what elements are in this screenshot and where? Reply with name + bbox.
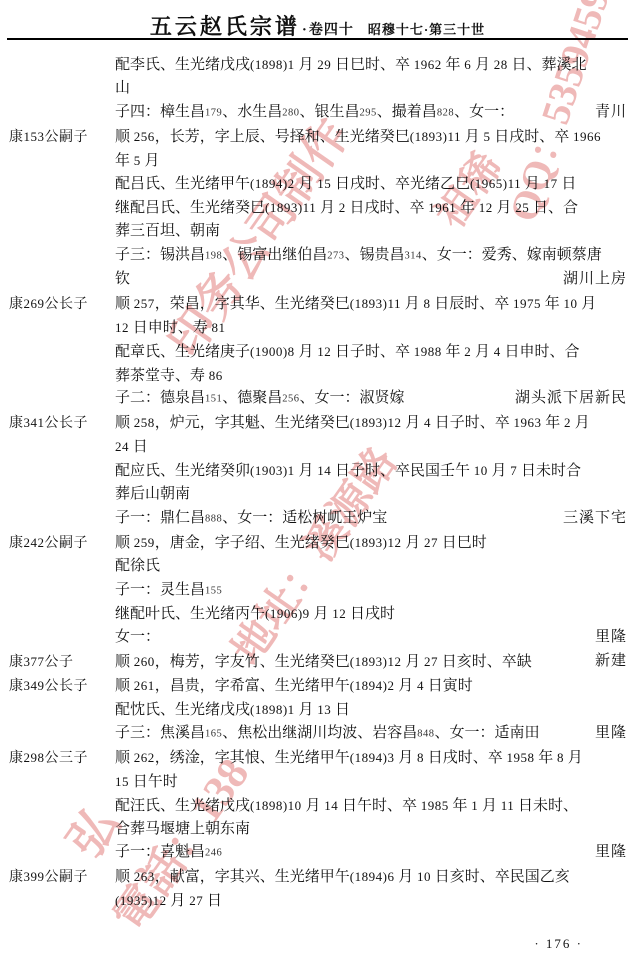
numeral: (1894)2 (350, 678, 395, 693)
entry-line: 康242公嗣子顺 259，唐金，字子绍、生光绪癸巳(1893)12 月 27 日… (0, 531, 635, 555)
entry-text: 继配叶氏、生光绪丙午(1906)9 月 12 日戌时 (115, 606, 395, 622)
entry-line: 康349公长子顺 261，昌贵，字希富、生光绪甲午(1894)2 月 4 日寅时 (0, 674, 635, 698)
numeral: 1961 (428, 200, 456, 215)
numeral: 15 (317, 176, 331, 191)
descendant-number: 273 (327, 251, 344, 262)
numeral: 1975 (513, 296, 541, 311)
entry-line: 子一：灵生昌155 (0, 579, 635, 603)
entry-text: 子一：喜魁昌246 (115, 844, 222, 860)
descendant-number: 179 (205, 107, 222, 118)
descendant-number: 314 (405, 251, 422, 262)
entry-line: 合葬马堰塘上朝东南 (0, 818, 635, 842)
numeral: 27 (189, 893, 203, 908)
entry-text: 葬后山朝南 (115, 486, 190, 502)
numeral: 12 (115, 320, 129, 335)
numeral: 341 (24, 415, 45, 430)
numeral: 14 (324, 798, 338, 813)
entry-text: 子三：锡洪昌198、锡富出继伯昌273、锡贵昌314、女一：爱秀、嫁南顿蔡唐 (115, 247, 602, 263)
descendant-number: 828 (437, 107, 454, 118)
entry-line: 配吕氏、生光绪甲午(1894)2 月 15 日戌时、卒光绪乙巳(1965)11 … (0, 172, 635, 196)
numeral: (1894)3 (350, 750, 395, 765)
entry-line: (1935)12 月 27 日 (0, 889, 635, 913)
entry-text: (1935)12 月 27 日 (115, 893, 222, 909)
numeral: (1893)11 (265, 200, 316, 215)
entry-label: 康399公嗣子 (9, 865, 88, 890)
numeral: 259 (134, 535, 155, 550)
genealogy-entries: 配李氏、生光绪戊戌(1898)1 月 29 日巳时、卒 1962 年 6 月 2… (0, 53, 635, 913)
numeral: 261 (134, 678, 155, 693)
place-annotation: 三溪下宅 (563, 507, 627, 531)
numeral: (1893)11 (350, 296, 401, 311)
descendant-number: 888 (205, 513, 222, 524)
entry-line: 子四：樟生昌179、水生昌280、银生昌295、撮着昌828、女一：青川 (0, 101, 635, 125)
entry-text: 钦 (115, 271, 130, 287)
numeral: 153 (24, 129, 45, 144)
place-annotation: 里隆 (595, 841, 627, 865)
numeral: (1893)12 (350, 654, 402, 669)
entry-line: 康153公嗣子顺 256，长芳，字上辰、号择和、生光绪癸巳(1893)11 月 … (0, 125, 635, 149)
entry-text: 配李氏、生光绪戊戌(1898)1 月 29 日巳时、卒 1962 年 6 月 2… (115, 57, 587, 73)
entry-text: 女一： (115, 629, 160, 645)
entry-text: 子一：灵生昌155 (115, 582, 222, 598)
entry-text: 年 5 月 (115, 153, 160, 169)
numeral: 29 (317, 57, 331, 72)
entry-label: 康377公子 (9, 650, 74, 675)
page-header: 五云赵氏宗谱·卷四十昭穆十七·第三十世 (0, 10, 635, 41)
numeral: (1894)2 (250, 176, 295, 191)
numeral: 269 (24, 296, 45, 311)
numeral: (1906)9 (265, 606, 310, 621)
numeral: 7 (510, 463, 517, 478)
numeral: 1988 (414, 344, 442, 359)
numeral: 258 (134, 415, 155, 430)
entry-label: 康341公长子 (9, 411, 88, 436)
entry-line: 康341公长子顺 258，炉元，字其魁、生光绪癸巳(1893)12 月 4 日子… (0, 411, 635, 435)
numeral: (1900)8 (250, 344, 295, 359)
entry-label: 康269公长子 (9, 292, 88, 317)
header-rule (7, 38, 628, 40)
section-label: 昭穆十七·第三十世 (368, 22, 485, 37)
numeral: 263 (134, 869, 155, 884)
descendant-number: 246 (205, 848, 222, 859)
numeral: 24 (115, 439, 129, 454)
entry-line: 继配叶氏、生光绪丙午(1906)9 月 12 日戌时 (0, 602, 635, 626)
numeral: (1903)1 (250, 463, 295, 478)
entry-line: 配徐氏 (0, 555, 635, 579)
entry-line: 子三：焦溪昌165、焦松出继湖川均波、岩容昌848、女一：适南田里隆 (0, 722, 635, 746)
numeral: 256 (134, 129, 155, 144)
numeral: 10 (564, 296, 578, 311)
descendant-number: 848 (417, 728, 434, 739)
numeral: 5 (134, 153, 141, 168)
numeral: 15 (115, 774, 129, 789)
numeral: 1966 (573, 129, 601, 144)
entry-line: 配汪氏、生光绪戊戌(1898)10 月 14 日午时、卒 1985 年 1 月 … (0, 794, 635, 818)
entry-line: 钦湖川上房 (0, 268, 635, 292)
numeral: 6 (464, 57, 471, 72)
entry-text: 子一：鼎仁昌888、女一：适松树屼王炉宝 (115, 510, 387, 526)
numeral: 262 (134, 750, 155, 765)
numeral: 399 (24, 869, 45, 884)
numeral: 1 (471, 798, 478, 813)
numeral: 4 (494, 344, 501, 359)
entry-text: 葬三百坦、朝南 (115, 223, 220, 239)
entry-text: 配徐氏 (115, 558, 160, 574)
numeral: (1894)6 (350, 869, 395, 884)
numeral: 14 (317, 463, 331, 478)
numeral: 5 (483, 129, 490, 144)
place-annotation: 湖头派下居新民 (515, 387, 627, 411)
entry-line: 葬三百坦、朝南 (0, 220, 635, 244)
page-title: 五云赵氏宗谱 (150, 14, 300, 39)
entry-line: 24 日 (0, 435, 635, 459)
entry-text: 顺 256，长芳，字上辰、号择和、生光绪癸巳(1893)11 月 5 日戌时、卒… (115, 129, 601, 145)
descendant-number: 280 (282, 107, 299, 118)
page-number: · 176 · (534, 936, 583, 952)
entry-text: 顺 263，献富，字其兴、生光绪甲午(1894)6 月 10 日亥时、卒民国乙亥 (115, 869, 570, 885)
entry-label: 康153公嗣子 (9, 125, 88, 150)
place-annotation: 青川 (595, 101, 627, 125)
entry-line: 子三：锡洪昌198、锡富出继伯昌273、锡贵昌314、女一：爱秀、嫁南顿蔡唐 (0, 244, 635, 268)
numeral: (1893)12 (350, 415, 402, 430)
entry-text: 顺 262，绣淦，字其悢、生光绪甲午(1894)3 月 8 日戌时、卒 1958… (115, 750, 583, 766)
entry-line: 康377公子顺 260，梅芳，字友竹、生光绪癸巳(1893)12 月 27 日亥… (0, 650, 635, 674)
entry-line: 配章氏、生光绪庚子(1900)8 月 12 日子时、卒 1988 年 2 月 4… (0, 340, 635, 364)
place-annotation: 新建 (595, 650, 627, 674)
numeral: 242 (24, 535, 45, 550)
numeral: (1893)11 (410, 129, 461, 144)
numeral: (1965)11 (470, 176, 521, 191)
numeral: 4 (417, 678, 424, 693)
entry-line: 山 (0, 77, 635, 101)
entry-line: 康269公长子顺 257，荣昌，字其华、生光绪癸巳(1893)11 月 8 日辰… (0, 292, 635, 316)
numeral: (1893)12 (350, 535, 402, 550)
entry-line: 子一：鼎仁昌888、女一：适松树屼王炉宝三溪下宅 (0, 507, 635, 531)
entry-text: 子四：樟生昌179、水生昌280、银生昌295、撮着昌828、女一： (115, 104, 514, 120)
numeral: 2 (564, 415, 571, 430)
entry-text: 顺 260，梅芳，字友竹、生光绪癸巳(1893)12 月 27 日亥时、卒缺 (115, 654, 532, 670)
numeral: 8 (557, 750, 564, 765)
numeral: 8 (417, 750, 424, 765)
numeral: (1898)1 (250, 57, 295, 72)
numeral: (1935)12 (115, 893, 167, 908)
entry-text: 配汪氏、生光绪戊戌(1898)10 月 14 日午时、卒 1985 年 1 月 … (115, 798, 578, 814)
numeral: 25 (515, 200, 529, 215)
descendant-number: 198 (205, 251, 222, 262)
numeral: 27 (424, 654, 438, 669)
numeral: 377 (24, 654, 45, 669)
entry-line: 葬茶堂寺、寿 86 (0, 364, 635, 388)
numeral: 8 (423, 296, 430, 311)
numeral: 4 (424, 415, 431, 430)
entry-text: 顺 257，荣昌，字其华、生光绪癸巳(1893)11 月 8 日辰时、卒 197… (115, 296, 596, 312)
entry-label: 康298公三子 (9, 746, 88, 771)
entry-text: 山 (115, 80, 130, 96)
place-annotation: 湖川上房 (563, 268, 627, 292)
entry-text: 继配吕氏、生光绪癸巳(1893)11 月 2 日戌时、卒 1961 年 12 月… (115, 200, 578, 216)
entry-text: 顺 259，唐金，字子绍、生光绪癸巳(1893)12 月 27 日巳时 (115, 535, 487, 551)
numeral: 13 (317, 702, 331, 717)
numeral: 10 (417, 869, 431, 884)
entry-text: 12 日申时、寿 81 (115, 320, 226, 336)
entry-line: 葬后山朝南 (0, 483, 635, 507)
numeral: 12 (317, 344, 331, 359)
numeral: 1963 (513, 415, 541, 430)
descendant-number: 295 (360, 107, 377, 118)
entry-text: 子三：焦溪昌165、焦松出继湖川均波、岩容昌848、女一：适南田 (115, 725, 540, 741)
entry-line: 女一：里隆 (0, 626, 635, 650)
numeral: 12 (332, 606, 346, 621)
entry-line: 15 日午时 (0, 770, 635, 794)
entry-text: 葬茶堂寺、寿 86 (115, 368, 223, 384)
entry-text: 24 日 (115, 439, 148, 455)
entry-text: 配章氏、生光绪庚子(1900)8 月 12 日子时、卒 1988 年 2 月 4… (115, 344, 580, 360)
place-annotation: 里隆 (595, 626, 627, 650)
entry-line: 继配吕氏、生光绪癸巳(1893)11 月 2 日戌时、卒 1961 年 12 月… (0, 196, 635, 220)
entry-text: 配应氏、生光绪癸卯(1903)1 月 14 日子时、卒民国壬午 10 月 7 日… (115, 463, 581, 479)
numeral: 27 (424, 535, 438, 550)
descendant-number: 165 (205, 728, 222, 739)
numeral: 2 (339, 200, 346, 215)
entry-line: 康298公三子顺 262，绣淦，字其悢、生光绪甲午(1894)3 月 8 日戌时… (0, 746, 635, 770)
genealogy-page: 五云赵氏宗谱·卷四十昭穆十七·第三十世 印务公司制作祖稀QQ：53594599地… (0, 0, 635, 968)
numeral: 11 (501, 798, 515, 813)
entry-line: 年 5 月 (0, 149, 635, 173)
numeral: 81 (212, 320, 226, 335)
numeral: 298 (24, 750, 45, 765)
numeral: 17 (544, 176, 558, 191)
entry-text: 顺 261，昌贵，字希富、生光绪甲午(1894)2 月 4 日寅时 (115, 678, 473, 694)
entry-line: 子二：德泉昌151、德聚昌256、女一：淑贤嫁湖头派下居新民 (0, 387, 635, 411)
entry-label: 康242公嗣子 (9, 531, 88, 556)
volume-label: 卷四十 (309, 23, 354, 38)
numeral: 12 (479, 200, 493, 215)
numeral: 257 (134, 296, 155, 311)
numeral: 260 (134, 654, 155, 669)
numeral: 1962 (414, 57, 442, 72)
entry-text: 配忱氏、生光绪戊戌(1898)1 月 13 日 (115, 702, 350, 718)
numeral: 2 (464, 344, 471, 359)
entry-line: 12 日申时、寿 81 (0, 316, 635, 340)
title-separator-dot: · (300, 22, 309, 38)
numeral: (1898)10 (250, 798, 302, 813)
descendant-number: 155 (205, 585, 222, 596)
descendant-number: 151 (205, 394, 222, 405)
entry-text: 顺 258，炉元，字其魁、生光绪癸巳(1893)12 月 4 日子时、卒 196… (115, 415, 590, 431)
numeral: (1898)1 (250, 702, 295, 717)
numeral: 1958 (506, 750, 534, 765)
entry-text: 子二：德泉昌151、德聚昌256、女一：淑贤嫁 (115, 390, 405, 406)
numeral: 10 (474, 463, 488, 478)
entry-line: 配李氏、生光绪戊戌(1898)1 月 29 日巳时、卒 1962 年 6 月 2… (0, 53, 635, 77)
place-annotation: 里隆 (595, 722, 627, 746)
numeral: 86 (209, 368, 223, 383)
entry-line: 子一：喜魁昌246里隆 (0, 841, 635, 865)
entry-line: 配忱氏、生光绪戊戌(1898)1 月 13 日 (0, 698, 635, 722)
entry-line: 配应氏、生光绪癸卯(1903)1 月 14 日子时、卒民国壬午 10 月 7 日… (0, 459, 635, 483)
numeral: 28 (494, 57, 508, 72)
entry-text: 15 日午时 (115, 774, 178, 790)
numeral: 1985 (421, 798, 449, 813)
numeral: 349 (24, 678, 45, 693)
entry-text: 合葬马堰塘上朝东南 (115, 821, 250, 837)
entry-text: 配吕氏、生光绪甲午(1894)2 月 15 日戌时、卒光绪乙巳(1965)11 … (115, 176, 576, 192)
entry-label: 康349公长子 (9, 674, 88, 699)
descendant-number: 256 (282, 394, 299, 405)
entry-line: 康399公嗣子顺 263，献富，字其兴、生光绪甲午(1894)6 月 10 日亥… (0, 865, 635, 889)
